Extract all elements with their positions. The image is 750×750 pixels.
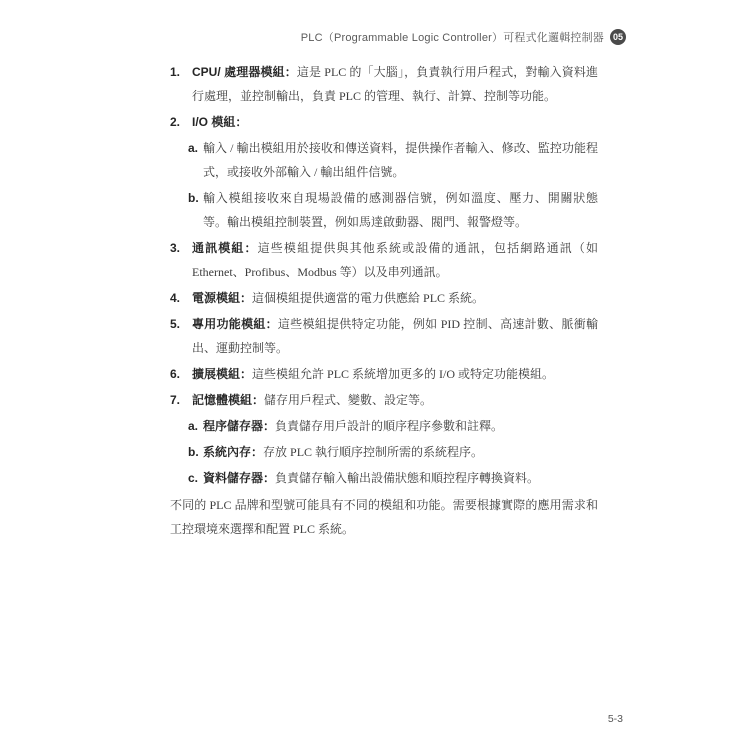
page-number: 5-3	[0, 713, 623, 725]
sub-item-text: 負責儲存用戶設計的順序程序參數和註釋。	[275, 419, 503, 433]
list-item-label: 專用功能模組：	[192, 317, 278, 331]
chapter-title: PLC（Programmable Logic Controller）可程式化邏輯…	[301, 29, 604, 45]
sub-item-7c: c. 資料儲存器：負責儲存輸入輸出設備狀態和順控程序轉換資料。	[188, 466, 598, 490]
book-page: PLC（Programmable Logic Controller）可程式化邏輯…	[0, 0, 750, 750]
list-item-6: 6. 擴展模組：這些模組允許 PLC 系統增加更多的 I/O 或特定功能模組。	[170, 362, 598, 386]
sub-item-label: 程序儲存器：	[203, 419, 275, 433]
list-item-2: 2. I/O 模組： a. 輸入 / 輸出模組用於接收和傳送資料，提供操作者輸入…	[170, 110, 598, 234]
list-item-7: 7. 記憶體模組：儲存用戶程式、變數、設定等。 a. 程序儲存器：負責儲存用戶設…	[170, 388, 598, 490]
sub-item-7a: a. 程序儲存器：負責儲存用戶設計的順序程序參數和註釋。	[188, 414, 598, 438]
list-item-number: 2.	[170, 110, 180, 134]
sublist: a. 輸入 / 輸出模組用於接收和傳送資料，提供操作者輸入、修改、監控功能程式，…	[192, 136, 598, 234]
sub-item-text: 存放 PLC 執行順序控制所需的系統程序。	[263, 445, 483, 459]
sub-item-label: 系統內存：	[203, 445, 263, 459]
sub-item-label: 資料儲存器：	[203, 471, 275, 485]
list-item-number: 7.	[170, 388, 180, 412]
list-item-number: 5.	[170, 312, 180, 336]
sub-item-letter: b.	[188, 440, 199, 464]
list-item-label: 電源模組：	[192, 291, 252, 305]
sub-item-7b: b. 系統內存：存放 PLC 執行順序控制所需的系統程序。	[188, 440, 598, 464]
list-item-label: 記憶體模組：	[192, 393, 264, 407]
list-item-number: 4.	[170, 286, 180, 310]
chapter-number-badge: 05	[610, 29, 626, 45]
sub-item-letter: c.	[188, 466, 198, 490]
list-item-3: 3. 通訊模組：這些模組提供與其他系統或設備的通訊，包括網路通訊（如 Ether…	[170, 236, 598, 284]
sub-item-text: 輸入模組接收來自現場設備的感測器信號，例如溫度、壓力、開關狀態等。輸出模組控制裝…	[203, 191, 598, 229]
list-item-number: 3.	[170, 236, 180, 260]
list-item-4: 4. 電源模組：這個模組提供適當的電力供應給 PLC 系統。	[170, 286, 598, 310]
list-item-label: CPU/ 處理器模組：	[192, 65, 297, 79]
sub-item-letter: a.	[188, 136, 198, 160]
list-item-text: 儲存用戶程式、變數、設定等。	[264, 393, 432, 407]
running-header: PLC（Programmable Logic Controller）可程式化邏輯…	[0, 29, 626, 45]
list-item-1: 1. CPU/ 處理器模組：這是 PLC 的「大腦」，負責執行用戶程式，對輸入資…	[170, 60, 598, 108]
sublist: a. 程序儲存器：負責儲存用戶設計的順序程序參數和註釋。 b. 系統內存：存放 …	[192, 414, 598, 490]
sub-item-2b: b. 輸入模組接收來自現場設備的感測器信號，例如溫度、壓力、開關狀態等。輸出模組…	[188, 186, 598, 234]
list-item-label: 通訊模組：	[192, 241, 258, 255]
list-item-text: 這些模組允許 PLC 系統增加更多的 I/O 或特定功能模組。	[252, 367, 554, 381]
page-content: 1. CPU/ 處理器模組：這是 PLC 的「大腦」，負責執行用戶程式，對輸入資…	[170, 60, 598, 541]
list-item-number: 6.	[170, 362, 180, 386]
sub-item-2a: a. 輸入 / 輸出模組用於接收和傳送資料，提供操作者輸入、修改、監控功能程式，…	[188, 136, 598, 184]
list-item-text: 這個模組提供適當的電力供應給 PLC 系統。	[252, 291, 484, 305]
list-item-label: I/O 模組：	[192, 115, 247, 129]
sub-item-letter: b.	[188, 186, 199, 210]
sub-item-text: 負責儲存輸入輸出設備狀態和順控程序轉換資料。	[275, 471, 539, 485]
sub-item-text: 輸入 / 輸出模組用於接收和傳送資料，提供操作者輸入、修改、監控功能程式，或接收…	[203, 141, 598, 179]
list-item-5: 5. 專用功能模組：這些模組提供特定功能，例如 PID 控制、高速計數、脈衝輸出…	[170, 312, 598, 360]
list-item-number: 1.	[170, 60, 180, 84]
list-item-label: 擴展模組：	[192, 367, 252, 381]
sub-item-letter: a.	[188, 414, 198, 438]
closing-paragraph: 不同的 PLC 品牌和型號可能具有不同的模組和功能。需要根據實際的應用需求和工控…	[170, 493, 598, 541]
